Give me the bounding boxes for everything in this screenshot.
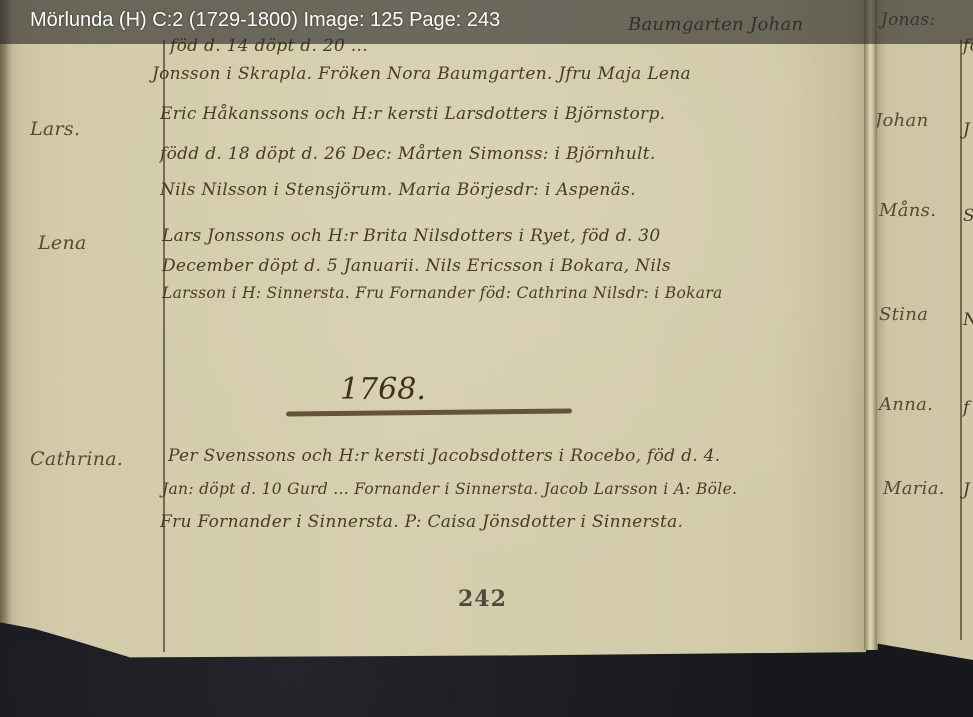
- entry-line: Nils Nilsson i Stensjörum. Maria Börjesd…: [160, 180, 636, 200]
- cropped-entry-text: J: [963, 120, 970, 140]
- cropped-entry-text: S: [963, 206, 973, 226]
- entry-line: Jan: döpt d. 10 Gurd ... Fornander i Sin…: [162, 480, 737, 498]
- entry-line: December döpt d. 5 Januarii. Nils Ericss…: [162, 256, 671, 276]
- entry-line: Lars Jonssons och H:r Brita Nilsdotters …: [162, 226, 661, 246]
- image-title: Mörlunda (H) C:2 (1729-1800) Image: 125 …: [30, 9, 500, 32]
- entry-line: född d. 18 döpt d. 26 Dec: Mårten Simons…: [160, 144, 656, 164]
- cropped-entry-text: f: [963, 398, 970, 418]
- page-edge-shadow: [0, 0, 12, 662]
- margin-name-anna: Anna.: [879, 394, 933, 415]
- book-gutter: [864, 0, 878, 650]
- margin-name-cathrina: Cathrina.: [30, 448, 123, 470]
- entry-line: Fru Fornander i Sinnersta. P: Caisa Jöns…: [160, 512, 683, 532]
- margin-name-johan: Johan: [875, 110, 928, 131]
- image-title-bar: Mörlunda (H) C:2 (1729-1800) Image: 125 …: [0, 0, 973, 44]
- margin-name-mans: Måns.: [879, 200, 936, 221]
- margin-name-lars: Lars.: [30, 118, 80, 140]
- printed-page-number: 242: [458, 586, 507, 612]
- cropped-entry-text: J: [963, 480, 970, 500]
- entry-line: Larsson i H: Sinnersta. Fru Fornander fö…: [162, 284, 723, 302]
- entry-line: Eric Håkanssons och H:r kersti Larsdotte…: [160, 104, 665, 124]
- year-underline: [286, 409, 572, 417]
- document-viewer[interactable]: föd d. 14 döpt d. 20 ... Baumgarten Joha…: [0, 0, 973, 717]
- margin-name-lena: Lena: [38, 232, 87, 254]
- entry-line: Jonsson i Skrapla. Fröken Nora Baumgarte…: [152, 64, 691, 84]
- margin-name-maria: Maria.: [883, 478, 945, 499]
- margin-name-stina: Stina: [879, 304, 928, 325]
- cropped-entry-text: N: [963, 310, 973, 330]
- margin-rule: [163, 40, 165, 652]
- left-page: föd d. 14 döpt d. 20 ... Baumgarten Joha…: [0, 0, 866, 662]
- right-page: Jonas: Johan Måns. Stina Anna. Maria. fö…: [877, 0, 973, 660]
- entry-line: Per Svenssons och H:r kersti Jacobsdotte…: [168, 446, 720, 466]
- year-heading: 1768.: [340, 372, 426, 407]
- margin-rule: [960, 40, 962, 640]
